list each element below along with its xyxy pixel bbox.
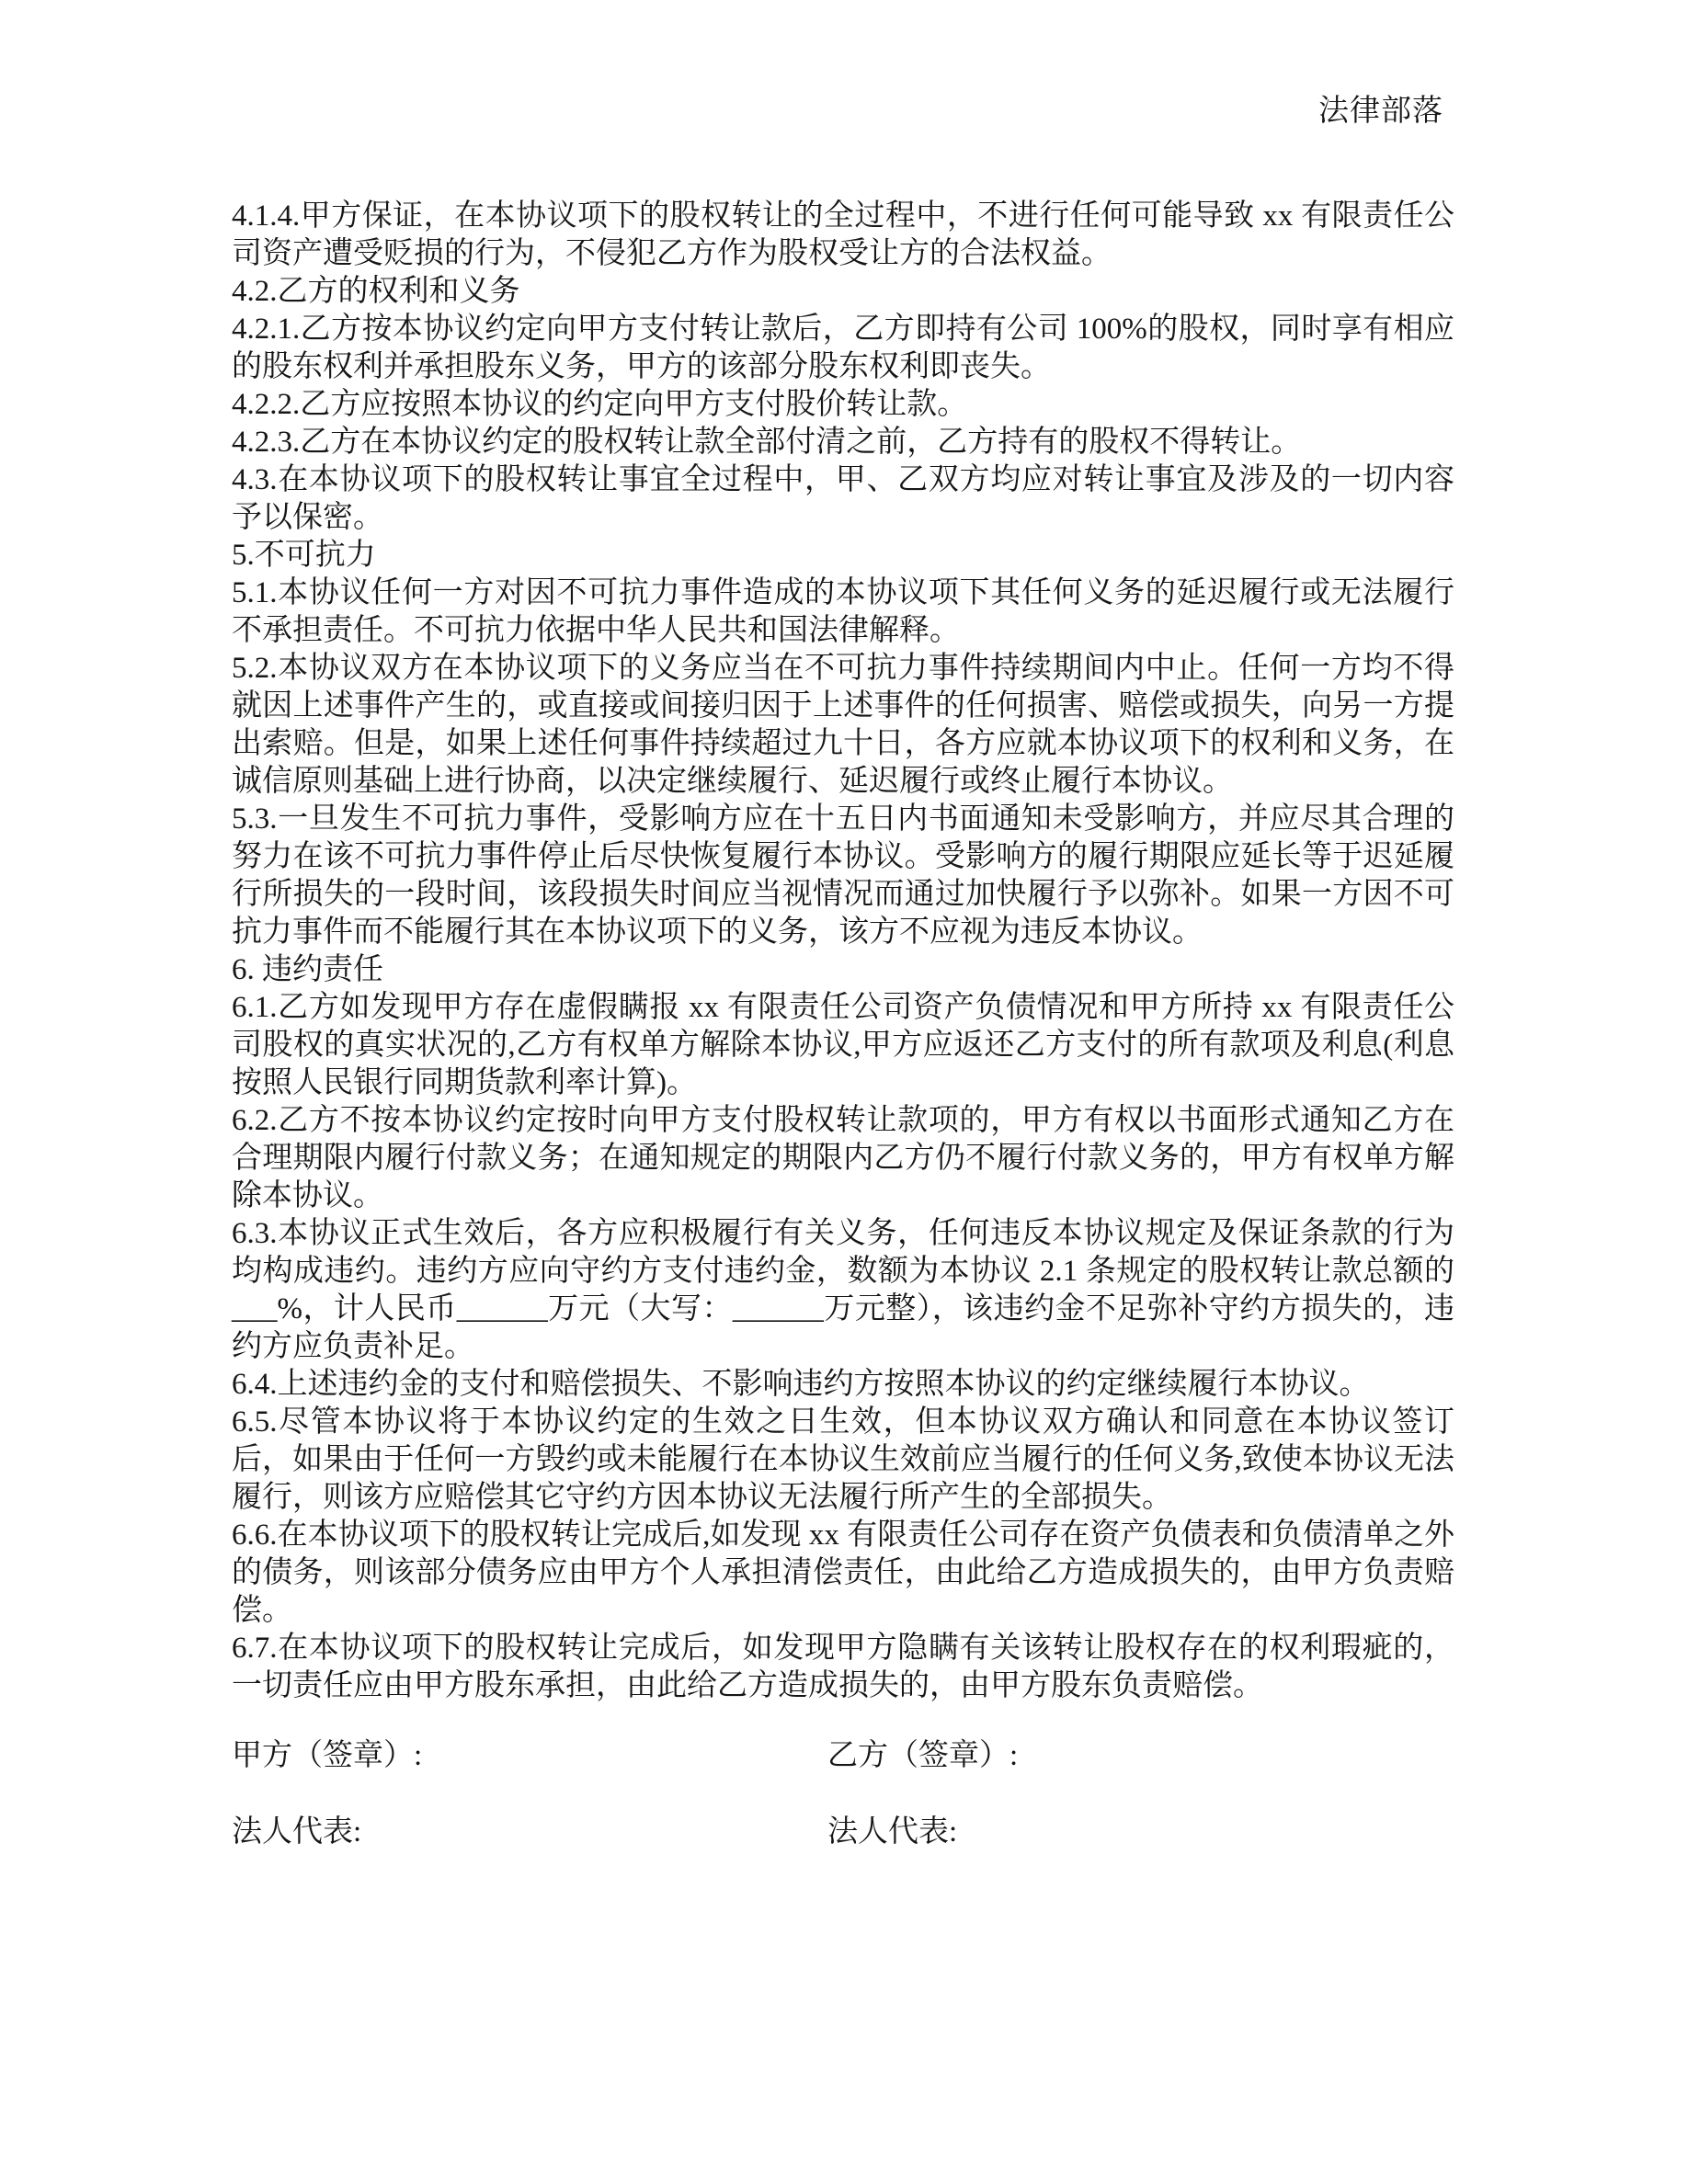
party-a-representative-label: 法人代表: — [232, 1814, 827, 1851]
clause-6-5: 6.5.尽管本协议将于本协议约定的生效之日生效，但本协议双方确认和同意在本协议签… — [232, 1404, 1454, 1517]
clause-5-1: 5.1.本协议任何一方对因不可抗力事件造成的本协议项下其任何义务的延迟履行或无法… — [232, 574, 1454, 650]
clause-6-4: 6.4.上述违约金的支付和赔偿损失、不影响违约方按照本协议的约定继续履行本协议。 — [232, 1366, 1454, 1404]
party-b-seal-label: 乙方（签章）: — [827, 1737, 1454, 1775]
clause-4-3: 4.3.在本协议项下的股权转让事宜全过程中，甲、乙双方均应对转让事宜及涉及的一切… — [232, 461, 1454, 537]
brand-watermark: 法律部落 — [1318, 93, 1443, 131]
party-b-representative-label: 法人代表: — [827, 1814, 1454, 1851]
signature-block: 甲方（签章）: 乙方（签章）: 法人代表: 法人代表: — [232, 1737, 1454, 1851]
signature-representative-row: 法人代表: 法人代表: — [232, 1814, 1454, 1851]
clause-4-2-1: 4.2.1.乙方按本协议约定向甲方支付转让款后，乙方即持有公司 100%的股权，… — [232, 311, 1454, 386]
heading-5: 5.不可抗力 — [232, 537, 1454, 574]
clause-4-2-2: 4.2.2.乙方应按照本协议的约定向甲方支付股价转让款。 — [232, 386, 1454, 424]
clause-4-1-4: 4.1.4.甲方保证，在本协议项下的股权转让的全过程中，不进行任何可能导致 xx… — [232, 198, 1454, 273]
clause-5-3: 5.3.一旦发生不可抗力事件，受影响方应在十五日内书面通知未受影响方，并应尽其合… — [232, 801, 1454, 951]
heading-4-2: 4.2.乙方的权利和义务 — [232, 273, 1454, 311]
clause-6-7: 6.7.在本协议项下的股权转让完成后，如发现甲方隐瞒有关该转让股权存在的权利瑕疵… — [232, 1630, 1454, 1705]
clause-6-2: 6.2.乙方不按本协议约定按时向甲方支付股权转让款项的，甲方有权以书面形式通知乙… — [232, 1102, 1454, 1215]
clause-6-6: 6.6.在本协议项下的股权转让完成后,如发现 xx 有限责任公司存在资产负债表和… — [232, 1517, 1454, 1630]
signature-seal-row: 甲方（签章）: 乙方（签章）: — [232, 1737, 1454, 1775]
party-a-seal-label: 甲方（签章）: — [232, 1737, 827, 1775]
document-body: 4.1.4.甲方保证，在本协议项下的股权转让的全过程中，不进行任何可能导致 xx… — [232, 198, 1454, 1705]
clause-4-2-3: 4.2.3.乙方在本协议约定的股权转让款全部付清之前，乙方持有的股权不得转让。 — [232, 424, 1454, 461]
clause-6-3: 6.3.本协议正式生效后，各方应积极履行有关义务，任何违反本协议规定及保证条款的… — [232, 1215, 1454, 1366]
document-page: 法律部落 4.1.4.甲方保证，在本协议项下的股权转让的全过程中，不进行任何可能… — [0, 0, 1688, 2184]
heading-6: 6. 违约责任 — [232, 951, 1454, 989]
clause-5-2: 5.2.本协议双方在本协议项下的义务应当在不可抗力事件持续期间内中止。任何一方均… — [232, 650, 1454, 801]
clause-6-1: 6.1.乙方如发现甲方存在虚假瞒报 xx 有限责任公司资产负债情况和甲方所持 x… — [232, 989, 1454, 1102]
